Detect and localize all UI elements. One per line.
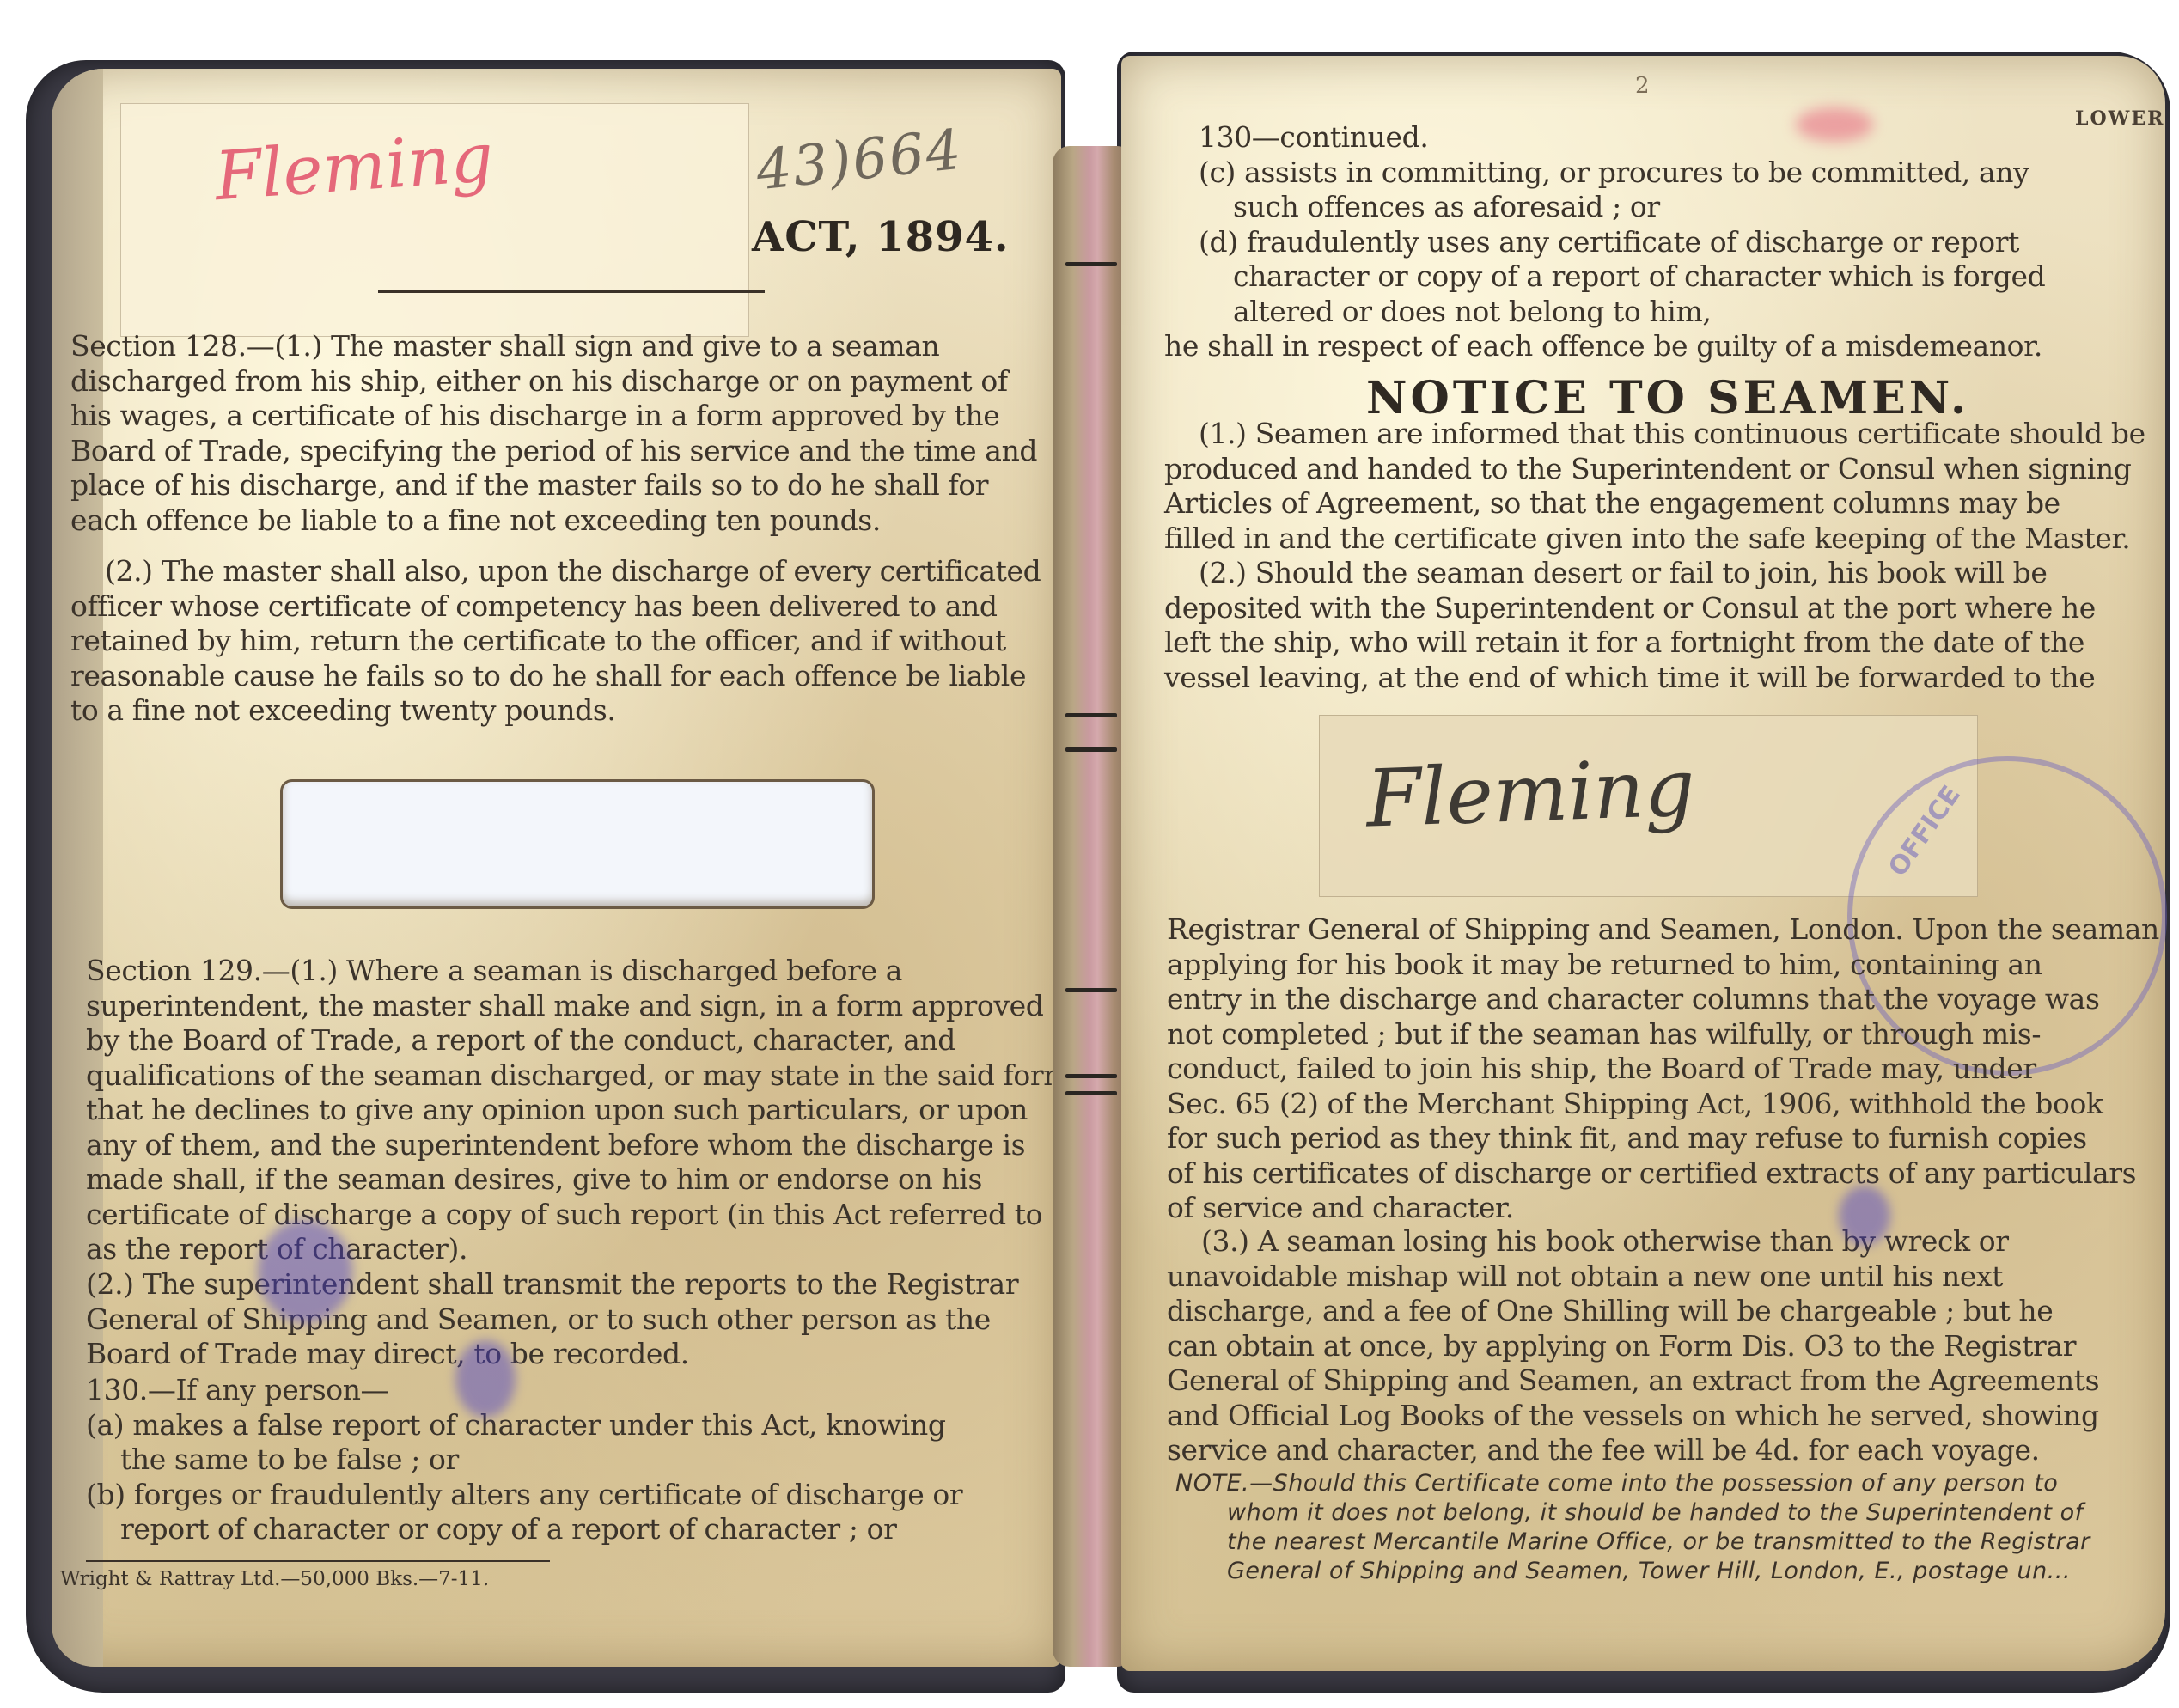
text-line: his wages, a certificate of his discharg…: [70, 399, 1059, 434]
text-line: (a) makes a false report of character un…: [86, 1408, 1057, 1443]
text-line: Articles of Agreement, so that the engag…: [1164, 486, 2165, 522]
binding-stitch: [1065, 988, 1117, 992]
text-line: filled in and the certificate given into…: [1164, 522, 2165, 557]
text-line: conduct, failed to join his ship, the Bo…: [1167, 1052, 2165, 1087]
section-129-para-1: Section 129.—(1.) Where a seaman is disc…: [86, 954, 1057, 1267]
title-rule: [378, 290, 765, 293]
text-line: to a fine not exceeding twenty pounds.: [70, 693, 1059, 729]
text-line: discharged from his ship, either on his …: [70, 364, 1059, 400]
printer-imprint: Wright & Rattray Ltd.—50,000 Bks.—7-11.: [60, 1568, 489, 1590]
text-line: each offence be liable to a fine not exc…: [70, 503, 1059, 539]
text-line: (2.) The master shall also, upon the dis…: [70, 554, 1059, 589]
text-line: as the report of character).: [86, 1232, 1057, 1267]
text-line: by the Board of Trade, a report of the c…: [86, 1023, 1057, 1058]
text-line: made shall, if the seaman desires, give …: [86, 1162, 1057, 1198]
text-line: reasonable cause he fails so to do he sh…: [70, 659, 1059, 694]
text-line: report of character or copy of a report …: [86, 1512, 1057, 1547]
section-129-para-2: (2.) The superintendent shall transmit t…: [86, 1267, 1057, 1372]
text-line: General of Shipping and Seamen, or to su…: [86, 1302, 1057, 1338]
text-line: for such period as they think fit, and m…: [1167, 1121, 2165, 1156]
text-line: and Official Log Books of the vessels on…: [1167, 1399, 2165, 1434]
text-line: of his certificates of discharge or cert…: [1167, 1156, 2165, 1192]
section-130-continued: 130—continued. (c) assists in committing…: [1164, 120, 2165, 364]
blue-ink-smudge: [1839, 1186, 1890, 1246]
page-window-cutout: [280, 779, 875, 909]
text-line: certificate of discharge a copy of such …: [86, 1198, 1057, 1233]
text-line: unavoidable mishap will not obtain a new…: [1167, 1260, 2165, 1295]
page-number: 2: [1635, 73, 1650, 99]
act-title: ACT, 1894.: [752, 213, 1010, 261]
text-line: not completed ; but if the seaman has wi…: [1167, 1017, 2165, 1052]
text-line: produced and handed to the Superintenden…: [1164, 452, 2165, 487]
text-line: (1.) Seamen are informed that this conti…: [1164, 417, 2165, 452]
section-130: 130.—If any person— (a) makes a false re…: [86, 1373, 1057, 1547]
text-line: service and character, and the fee will …: [1167, 1433, 2165, 1468]
text-line: altered or does not belong to him,: [1164, 295, 2165, 330]
text-line: of service and character.: [1167, 1191, 2165, 1226]
text-line: (2.) The superintendent shall transmit t…: [86, 1267, 1057, 1302]
text-line: deposited with the Superintendent or Con…: [1164, 591, 2165, 626]
text-line: qualifications of the seaman discharged,…: [86, 1058, 1057, 1094]
text-line: Section 129.—(1.) Where a seaman is disc…: [86, 954, 1057, 989]
text-line: (c) assists in committing, or procures t…: [1164, 156, 2165, 191]
section-128-para-1: Section 128.—(1.) The master shall sign …: [70, 329, 1059, 538]
text-line: such offences as aforesaid ; or: [1164, 190, 2165, 225]
text-line: that he declines to give any opinion upo…: [86, 1093, 1057, 1128]
imprint-rule: [86, 1560, 550, 1562]
text-line: retained by him, return the certificate …: [70, 624, 1059, 659]
text-line: he shall in respect of each offence be g…: [1164, 329, 2165, 364]
text-line: (3.) A seaman losing his book otherwise …: [1167, 1224, 2165, 1260]
text-line: (2.) Should the seaman desert or fail to…: [1164, 556, 2165, 591]
text-line: vessel leaving, at the end of which time…: [1164, 661, 2165, 696]
text-line: the nearest Mercantile Marine Office, or…: [1175, 1528, 2090, 1557]
text-line: 130.—If any person—: [86, 1373, 1057, 1408]
text-line: Section 128.—(1.) The master shall sign …: [70, 329, 1059, 364]
handwritten-name-label: Fleming: [1364, 741, 1696, 845]
notice-paragraph-2: (2.) Should the seaman desert or fail to…: [1164, 556, 2165, 695]
text-line: character or copy of a report of charact…: [1164, 259, 2165, 295]
text-line: discharge, and a fee of One Shilling wil…: [1167, 1294, 2165, 1329]
text-line: applying for his book it may be returned…: [1167, 948, 2165, 983]
text-line: Board of Trade, specifying the period of…: [70, 434, 1059, 469]
text-line: (d) fraudulently uses any certificate of…: [1164, 225, 2165, 260]
text-line: General of Shipping and Seamen, Tower Hi…: [1175, 1557, 2090, 1586]
notice-paragraph-2-continued: Registrar General of Shipping and Seamen…: [1167, 912, 2165, 1226]
section-128-para-2: (2.) The master shall also, upon the dis…: [70, 554, 1059, 729]
text-line: whom it does not belong, it should be ha…: [1175, 1498, 2090, 1528]
text-line: entry in the discharge and character col…: [1167, 982, 2165, 1017]
binding-stitch: [1065, 1091, 1117, 1095]
text-line: place of his discharge, and if the maste…: [70, 468, 1059, 503]
blue-ink-smudge: [258, 1220, 352, 1323]
notice-paragraph-3: (3.) A seaman losing his book otherwise …: [1167, 1224, 2165, 1468]
text-line: officer whose certificate of competency …: [70, 589, 1059, 625]
text-line: Registrar General of Shipping and Seamen…: [1167, 912, 2165, 948]
binding-stitch: [1065, 747, 1117, 752]
text-line: left the ship, who will retain it for a …: [1164, 625, 2165, 661]
text-line: 130—continued.: [1164, 120, 2165, 156]
blue-ink-smudge: [455, 1340, 516, 1418]
text-line: Sec. 65 (2) of the Merchant Shipping Act…: [1167, 1087, 2165, 1122]
text-line: any of them, and the superintendent befo…: [86, 1128, 1057, 1163]
binding-stitch: [1065, 262, 1117, 266]
text-line: NOTE.—Should this Certificate come into …: [1175, 1469, 2090, 1498]
binding-stitch: [1065, 1074, 1117, 1078]
text-line: (b) forges or fraudulently alters any ce…: [86, 1478, 1057, 1513]
note-footer: NOTE.—Should this Certificate come into …: [1175, 1469, 2090, 1586]
text-line: can obtain at once, by applying on Form …: [1167, 1329, 2165, 1364]
text-line: Board of Trade may direct, to be recorde…: [86, 1337, 1057, 1372]
text-line: General of Shipping and Seamen, an extra…: [1167, 1363, 2165, 1399]
text-line: superintendent, the master shall make an…: [86, 989, 1057, 1024]
binding-stitch: [1065, 713, 1117, 717]
notice-paragraph-1: (1.) Seamen are informed that this conti…: [1164, 417, 2165, 556]
text-line: the same to be false ; or: [86, 1443, 1057, 1478]
